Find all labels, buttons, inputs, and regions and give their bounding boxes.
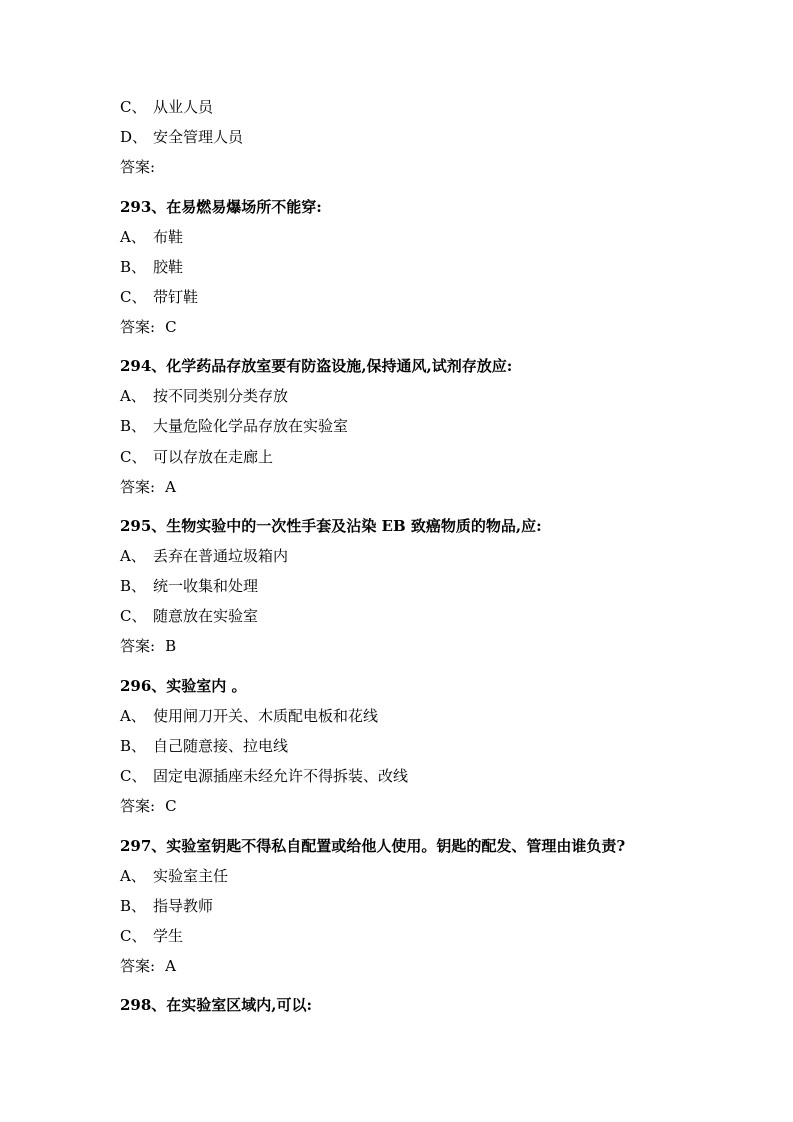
option-line: A、布鞋 <box>120 227 183 247</box>
option-label: B、 <box>120 416 153 436</box>
answer-line: 答案: <box>120 157 165 177</box>
option-line: B、统一收集和处理 <box>120 576 258 596</box>
option-line: A、实验室主任 <box>120 866 228 886</box>
option-text: 胶鞋 <box>153 258 183 276</box>
question-297: 297、实验室钥匙不得私自配置或给他人使用。钥匙的配发、管理由谁负责? <box>120 836 625 856</box>
option-label: A、 <box>120 386 153 406</box>
option-text: 学生 <box>153 927 183 945</box>
option-label: C、 <box>120 287 153 307</box>
option-line: B、自己随意接、拉电线 <box>120 736 288 756</box>
option-text: 从业人员 <box>153 98 213 116</box>
answer-line: 答案:A <box>120 956 176 976</box>
document-page: C、从业人员 D、安全管理人员 答案: 293、在易燃易爆场所不能穿: A、布鞋… <box>0 0 793 1122</box>
option-label: A、 <box>120 546 153 566</box>
option-text: 使用闸刀开关、木质配电板和花线 <box>153 707 378 725</box>
option-text: 自己随意接、拉电线 <box>153 737 288 755</box>
answer-value: A <box>165 957 176 975</box>
option-line: C、随意放在实验室 <box>120 606 258 626</box>
option-line: A、使用闸刀开关、木质配电板和花线 <box>120 706 378 726</box>
answer-label: 答案: <box>120 158 155 176</box>
option-line: B、大量危险化学品存放在实验室 <box>120 416 348 436</box>
option-label: A、 <box>120 227 153 247</box>
option-line: C、从业人员 <box>120 97 213 117</box>
option-label: C、 <box>120 606 153 626</box>
question-294: 294、化学药品存放室要有防盗设施,保持通风,试剂存放应: <box>120 356 512 376</box>
option-text: 大量危险化学品存放在实验室 <box>153 417 348 435</box>
option-line: B、胶鞋 <box>120 257 183 277</box>
option-line: C、学生 <box>120 926 183 946</box>
option-text: 固定电源插座未经允许不得拆装、改线 <box>153 767 408 785</box>
option-line: C、可以存放在走廊上 <box>120 447 273 467</box>
option-text: 可以存放在走廊上 <box>153 448 273 466</box>
option-line: D、安全管理人员 <box>120 127 243 147</box>
option-line: C、带钉鞋 <box>120 287 198 307</box>
option-text: 丢弃在普通垃圾箱内 <box>153 547 288 565</box>
option-text: 带钉鞋 <box>153 288 198 306</box>
option-text: 指导教师 <box>153 897 213 915</box>
option-text: 布鞋 <box>153 228 183 246</box>
option-text: 按不同类别分类存放 <box>153 387 288 405</box>
answer-value: C <box>165 797 176 815</box>
answer-label: 答案: <box>120 957 155 975</box>
answer-label: 答案: <box>120 318 155 336</box>
option-line: B、指导教师 <box>120 896 213 916</box>
option-label: A、 <box>120 866 153 886</box>
option-text: 随意放在实验室 <box>153 607 258 625</box>
answer-label: 答案: <box>120 478 155 496</box>
option-label: B、 <box>120 736 153 756</box>
option-line: C、固定电源插座未经允许不得拆装、改线 <box>120 766 408 786</box>
answer-label: 答案: <box>120 797 155 815</box>
option-text: 实验室主任 <box>153 867 228 885</box>
question-293: 293、在易燃易爆场所不能穿: <box>120 197 322 217</box>
question-296: 296、实验室内 。 <box>120 676 247 696</box>
option-label: B、 <box>120 896 153 916</box>
answer-line: 答案:C <box>120 796 177 816</box>
answer-value: C <box>165 318 176 336</box>
answer-label: 答案: <box>120 637 155 655</box>
answer-line: 答案:C <box>120 317 177 337</box>
answer-value: A <box>165 478 176 496</box>
answer-line: 答案:B <box>120 636 176 656</box>
option-label: B、 <box>120 257 153 277</box>
answer-line: 答案:A <box>120 477 176 497</box>
option-text: 安全管理人员 <box>153 128 243 146</box>
option-label: C、 <box>120 97 153 117</box>
option-label: C、 <box>120 447 153 467</box>
option-label: C、 <box>120 766 153 786</box>
option-line: A、丢弃在普通垃圾箱内 <box>120 546 288 566</box>
question-298: 298、在实验室区域内,可以: <box>120 995 312 1015</box>
answer-value: B <box>165 637 176 655</box>
option-label: D、 <box>120 127 153 147</box>
option-label: A、 <box>120 706 153 726</box>
option-label: C、 <box>120 926 153 946</box>
option-label: B、 <box>120 576 153 596</box>
question-295: 295、生物实验中的一次性手套及沾染 EB 致癌物质的物品,应: <box>120 516 542 536</box>
option-line: A、按不同类别分类存放 <box>120 386 288 406</box>
option-text: 统一收集和处理 <box>153 577 258 595</box>
